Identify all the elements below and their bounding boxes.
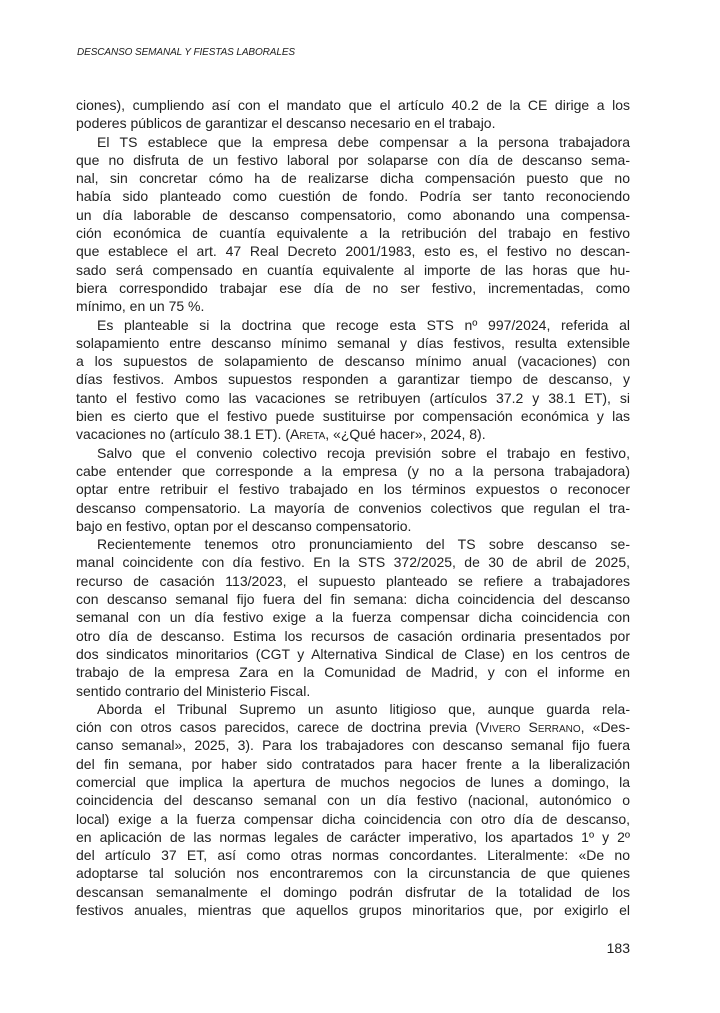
text-line: bien es cierto que el festivo puede sust… xyxy=(76,407,630,425)
text-line: comercial que implica la apertura de muc… xyxy=(76,773,630,791)
author-citation-smallcaps: Areta xyxy=(290,426,325,442)
text-line: canso semanal», 2025, 3). Para los traba… xyxy=(76,736,630,754)
text-line: coincidencia del descanso semanal con un… xyxy=(76,791,630,809)
text-line: dos sindicatos minoritarios (CGT y Alter… xyxy=(76,645,630,663)
text-line: biera correspondido trabajar ese día de … xyxy=(76,279,630,297)
text-line: Salvo que el convenio colectivo recoja p… xyxy=(76,444,630,462)
text-line: semanal con un día festivo exige a la fu… xyxy=(76,608,630,626)
text-line: ción económica de cuantía equivalente a … xyxy=(76,224,630,242)
paragraph: Aborda el Tribunal Supremo un asunto lit… xyxy=(76,700,630,920)
text-line: descansan semanalmente el domingo podrán… xyxy=(76,883,630,901)
text-line: solapamiento entre descanso mínimo seman… xyxy=(76,334,630,352)
page-number: 183 xyxy=(76,940,630,956)
text-line: tanto el festivo como las vacaciones se … xyxy=(76,389,630,407)
text-line: en aplicación de las normas legales de c… xyxy=(76,828,630,846)
text-line: local) exige a la fuerza compensar dicha… xyxy=(76,810,630,828)
text-line: con descanso semanal fijo fuera del fin … xyxy=(76,590,630,608)
author-citation-smallcaps: Vivero Serrano xyxy=(480,719,581,735)
paragraph: El TS establece que la empresa debe comp… xyxy=(76,133,630,316)
text-line: Aborda el Tribunal Supremo un asunto lit… xyxy=(76,700,630,718)
text-line: ciones), cumpliendo así con el mandato q… xyxy=(76,96,630,114)
text-line: que no disfruta de un festivo laboral po… xyxy=(76,151,630,169)
text-line: manal coincidente con día festivo. En la… xyxy=(76,553,630,571)
running-header: DESCANSO SEMANAL Y FIESTAS LABORALES xyxy=(77,47,295,58)
text-line: un día laborable de descanso compensator… xyxy=(76,206,630,224)
text-line: mínimo, en un 75 %. xyxy=(76,297,630,315)
paragraph: Es planteable si la doctrina que recoge … xyxy=(76,316,630,444)
text-line: sado será compensado en cuantía equivale… xyxy=(76,261,630,279)
text-line: poderes públicos de garantizar el descan… xyxy=(76,114,630,132)
paragraph: Recientemente tenemos otro pronunciamien… xyxy=(76,535,630,700)
text-line: nal, sin concretar cómo ha de realizarse… xyxy=(76,169,630,187)
text-line: que establece el art. 47 Real Decreto 20… xyxy=(76,242,630,260)
text-line: recurso de casación 113/2023, el supuest… xyxy=(76,572,630,590)
text-line: El TS establece que la empresa debe comp… xyxy=(76,133,630,151)
text-line: descanso compensatorio. La mayoría de co… xyxy=(76,499,630,517)
text-line: sentido contrario del Ministerio Fiscal. xyxy=(76,682,630,700)
text-line: del fin semana, por haber sido contratad… xyxy=(76,755,630,773)
text-line: bajo en festivo, optan por el descanso c… xyxy=(76,517,630,535)
text-line: otro día de descanso. Estima los recurso… xyxy=(76,627,630,645)
text-line: trabajo de la empresa Zara en la Comunid… xyxy=(76,663,630,681)
paragraph: ciones), cumpliendo así con el mandato q… xyxy=(76,96,630,133)
text-line: adoptarse tal solución nos encontraremos… xyxy=(76,864,630,882)
text-line: del artículo 37 ET, así como otras norma… xyxy=(76,846,630,864)
paragraph: Salvo que el convenio colectivo recoja p… xyxy=(76,444,630,535)
book-page: DESCANSO SEMANAL Y FIESTAS LABORALES cio… xyxy=(0,0,720,1013)
text-line: a los supuestos de solapamiento de desca… xyxy=(76,352,630,370)
text-line: optar entre retribuir el festivo trabaja… xyxy=(76,480,630,498)
text-line: cabe entender que corresponde a la empre… xyxy=(76,462,630,480)
text-block: ciones), cumpliendo así con el mandato q… xyxy=(76,96,630,919)
text-line: festivos anuales, mientras que aquellos … xyxy=(76,901,630,919)
text-line: Es planteable si la doctrina que recoge … xyxy=(76,316,630,334)
text-line: vacaciones no (artículo 38.1 ET). (Areta… xyxy=(76,425,630,443)
text-line: días festivos. Ambos supuestos responden… xyxy=(76,370,630,388)
text-line: ción con otros casos parecidos, carece d… xyxy=(76,718,630,736)
text-line: Recientemente tenemos otro pronunciamien… xyxy=(76,535,630,553)
text-line: había sido planteado como cuestión de fo… xyxy=(76,187,630,205)
